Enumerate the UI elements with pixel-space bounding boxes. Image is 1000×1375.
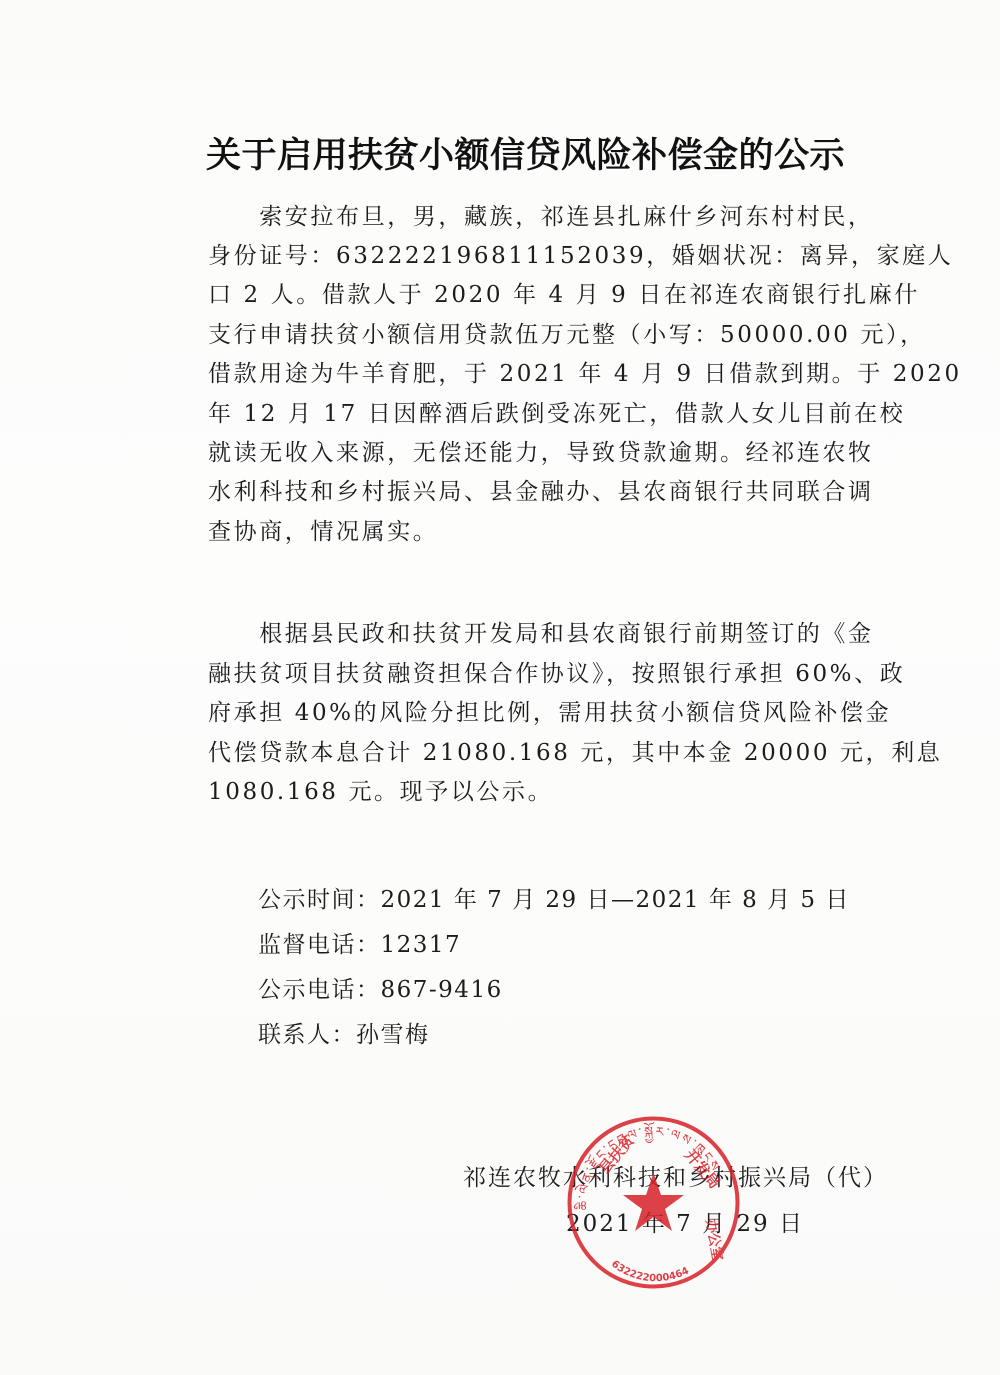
supervision-phone: 监督电话：12317 bbox=[258, 931, 461, 959]
text-line: 年 12 月 17 日因醉酒后跌倒受冻死亡，借款人女儿目前在校 bbox=[208, 400, 876, 428]
text-line: 水利科技和乡村振兴局、县金融办、县农商银行共同联合调 bbox=[208, 478, 876, 506]
text-line: 身份证号：632222196811152039，婚姻状况：离异，家庭人 bbox=[208, 242, 876, 270]
text-line: 支行申请扶贫小额信用贷款伍万元整（小写：50000.00 元）， bbox=[208, 321, 876, 349]
document-title: 关于启用扶贫小额信贷风险补偿金的公示 bbox=[206, 128, 866, 178]
text-line: 融扶贫项目扶贫融资担保合作协议》，按照银行承担 60%、政 bbox=[208, 660, 876, 688]
text-line: 1080.168 元。现予以公示。 bbox=[208, 778, 876, 806]
notice-phone: 公示电话：867-9416 bbox=[258, 976, 503, 1004]
text-line: 索安拉布旦，男，藏族，祁连县扎麻什乡河东村村民， bbox=[208, 203, 876, 231]
text-line: 根据县民政和扶贫开发局和县农商银行前期签订的《金 bbox=[208, 620, 876, 648]
text-line: 府承担 40%的风险分担比例，需用扶贫小额信贷风险补偿金 bbox=[208, 699, 876, 727]
notice-period: 公示时间：2021 年 7 月 29 日—2021 年 8 月 5 日 bbox=[258, 886, 850, 914]
text-line: 查协商，情况属实。 bbox=[208, 518, 876, 546]
text-line: 就读无收入来源，无偿还能力，导致贷款逾期。经祁连农牧 bbox=[208, 439, 876, 467]
text-line: 借款用途为牛羊育肥，于 2021 年 4 月 9 日借款到期。于 2020 bbox=[208, 360, 876, 388]
svg-text:办公室: 办公室 bbox=[702, 1218, 726, 1262]
text-line: 口 2 人。借款人于 2020 年 4 月 9 日在祁连农商银行扎麻什 bbox=[208, 281, 876, 309]
text-line: 代偿贷款本息合计 21080.168 元，其中本金 20000 元，利息 bbox=[208, 739, 876, 767]
contact-person: 联系人：孙雪梅 bbox=[258, 1021, 430, 1049]
document-page: 关于启用扶贫小额信贷风险补偿金的公示 索安拉布旦，男，藏族，祁连县扎麻什乡河东村… bbox=[0, 0, 1000, 1375]
official-seal-icon: ཆི་ལེན་རྫོང་དབུལ་སྐྱོར་ལས་ཁུངས 县扶贫 开发局 办… bbox=[566, 1115, 741, 1290]
